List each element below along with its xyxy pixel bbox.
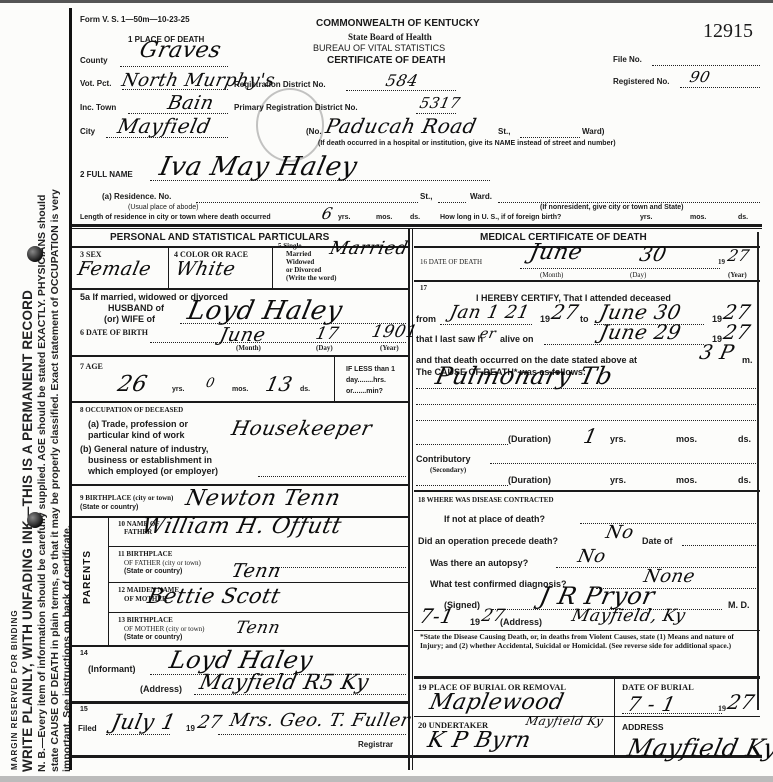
residence-line	[196, 202, 418, 203]
registrar-signature: Mrs. Geo. T. Fuller	[228, 710, 412, 731]
birthplace-value: Newton Tenn	[183, 486, 342, 511]
dob-year: 1901	[370, 322, 420, 342]
residence-ward-line	[438, 202, 466, 203]
marital-label-write: (Write the word)	[286, 274, 336, 282]
registration-district-value: 584	[384, 71, 420, 90]
cell-divider	[168, 247, 169, 289]
marital-label-widowed: Widowed	[286, 258, 314, 266]
cause-of-death-value: Pulmonary Tb	[433, 362, 615, 390]
title-certificate: CERTIFICATE OF DEATH	[327, 55, 446, 66]
row-divider	[72, 701, 408, 704]
row-divider	[414, 246, 760, 248]
occupation-a-label-2: particular kind of work	[88, 430, 185, 440]
less-min-label: or.......min?	[346, 388, 383, 395]
column-divider	[412, 229, 413, 770]
certificate-number: 12915	[703, 20, 753, 43]
row-divider	[108, 612, 408, 613]
registered-no-value: 90	[688, 68, 712, 86]
physician-address-label: (Address)	[500, 617, 542, 627]
row-divider	[108, 582, 408, 583]
registrar-stamp	[256, 88, 324, 162]
dob-label: 6 DATE OF BIRTH	[80, 328, 148, 337]
row-divider	[72, 401, 408, 403]
file-no-label: File No.	[613, 55, 642, 64]
title-commonwealth: COMMONWEALTH OF KENTUCKY	[316, 18, 480, 29]
less-than-day-label: IF LESS than 1	[346, 366, 395, 373]
punch-hole	[27, 512, 43, 528]
attended-from-line	[440, 324, 532, 325]
dob-line	[150, 342, 406, 343]
mother-birthplace-label-3: (State or country)	[124, 634, 182, 641]
attended-from-year: 27	[549, 300, 581, 324]
employer-line	[258, 476, 406, 477]
burial-year-value: 27	[725, 690, 757, 714]
date-of-death-month: June	[527, 240, 585, 265]
to-year-prefix: 19	[712, 314, 722, 324]
dob-day: 17	[314, 324, 341, 344]
age-years: 26	[115, 372, 149, 397]
ds-label: ds.	[410, 214, 420, 221]
date-of-death-line	[520, 268, 720, 269]
spouse-value: Loyd Haley	[185, 296, 345, 326]
md-label: M. D.	[728, 600, 750, 610]
registration-district-label: Registration District No.	[234, 80, 326, 89]
attended-to-label: to	[580, 314, 589, 324]
dod-month-caption: (Month)	[540, 271, 563, 279]
secondary-yrs-label: yrs.	[610, 475, 626, 485]
title-board: State Board of Health	[348, 32, 432, 42]
physician-address: Mayfield, Ky	[570, 606, 688, 626]
secondary-mos-label: mos.	[676, 475, 697, 485]
full-name-label: 2 FULL NAME	[80, 170, 133, 179]
death-certificate-page: MARGIN RESERVED FOR BINDING WRITE PLAINL…	[0, 0, 773, 782]
marital-label-single: 5 Single	[278, 242, 302, 250]
mother-birthplace-label: 13 BIRTHPLACE	[118, 616, 173, 624]
age-yrs-label: yrs.	[172, 386, 184, 393]
father-birthplace-label: 11 BIRTHPLACE	[118, 550, 172, 558]
parents-label: PARENTS	[82, 550, 93, 604]
margin-reserved-text: MARGIN RESERVED FOR BINDING	[10, 609, 19, 770]
day-caption: (Day)	[316, 344, 333, 352]
full-name-value: Iva May Haley	[157, 152, 360, 182]
section-divider	[72, 224, 762, 227]
informant-number: 14	[80, 650, 88, 657]
margin-instruction-line: state CAUSE OF DEATH in plain terms, so …	[49, 189, 61, 772]
punch-hole	[27, 246, 43, 262]
cause-line	[416, 404, 758, 405]
burial-date-line	[622, 713, 722, 714]
marital-label-divorced: or Divorced	[286, 266, 321, 274]
father-birthplace-line	[270, 567, 406, 568]
secondary-ds-label: ds.	[738, 475, 751, 485]
undertaker-location-note: Mayfield Ky	[525, 714, 605, 728]
attended-from-value: Jan 1 21	[448, 302, 532, 323]
duration-mos-label: mos.	[676, 434, 697, 444]
occupation-label: 8 OCCUPATION OF DECEASED	[80, 406, 183, 414]
last-saw-date: June 29	[597, 320, 683, 344]
secondary-duration-line	[416, 485, 508, 486]
cell-divider	[272, 247, 273, 289]
inc-town-label: Inc. Town	[80, 103, 116, 112]
attended-from-label: from	[416, 314, 436, 324]
husband-label: HUSBAND of	[108, 303, 164, 313]
county-value: Graves	[137, 38, 223, 63]
informant-address-value: Mayfield R5 Ky	[197, 670, 371, 694]
father-birthplace-value: Tenn	[230, 560, 284, 582]
us-ds-label: ds.	[738, 214, 748, 221]
where-contracted-label: 18 WHERE WAS DISEASE CONTRACTED	[418, 496, 554, 504]
operation-date-line	[682, 545, 758, 546]
duration-ds-label: ds.	[738, 434, 751, 444]
registration-district-line	[346, 90, 456, 91]
less-hrs-label: day........hrs.	[346, 377, 386, 384]
filed-date-value: July 1	[109, 710, 178, 734]
occupation-b-label-3: which employed (or employer)	[88, 466, 218, 476]
signed-year-prefix: 19	[470, 617, 480, 627]
operation-label: Did an operation precede death?	[418, 536, 558, 546]
operation-value: No	[604, 522, 636, 543]
last-saw-line	[544, 344, 704, 345]
certify-number: 17	[420, 284, 427, 292]
alive-on-label: alive on	[500, 334, 534, 344]
signed-date: 7-1	[417, 604, 456, 628]
informant-address-line	[194, 694, 406, 695]
section-divider	[72, 228, 762, 229]
undertaker-address-label: ADDRESS	[622, 722, 664, 732]
mos-label: mos.	[376, 214, 392, 221]
street-number-label: (No.	[306, 127, 322, 136]
vot-pct-label: Vot. Pct.	[80, 79, 111, 88]
occupation-b-label-2: business or establishment in	[88, 455, 212, 465]
ward-label: Ward)	[582, 127, 604, 136]
hospital-note: (If death occurred in a hospital or inst…	[318, 140, 616, 147]
age-days: 13	[263, 372, 295, 396]
date-of-death-label: 16 DATE OF DEATH	[420, 258, 482, 266]
death-time-value: 3 P	[697, 340, 736, 364]
sex-value: Female	[76, 258, 154, 280]
residence-ward-label: Ward.	[470, 192, 492, 201]
margin-instruction-heading: WRITE PLAINLY, WITH UNFADING INK—THIS IS…	[20, 290, 35, 772]
date-of-death-day: 30	[637, 242, 669, 266]
duration-yrs-label: yrs.	[610, 434, 626, 444]
not-at-place-label: If not at place of death?	[444, 514, 545, 524]
street-label: St.,	[498, 127, 510, 136]
filed-date-line	[106, 734, 170, 735]
row-divider	[414, 630, 760, 631]
contributory-line	[490, 463, 758, 464]
registered-no-label: Registered No.	[613, 77, 669, 86]
marital-label-married: Married	[286, 250, 311, 258]
registrar-label: Registrar	[358, 740, 393, 749]
year-caption: (Year)	[380, 344, 399, 352]
row-divider	[414, 676, 760, 679]
age-mos-label: mos.	[232, 386, 248, 393]
primary-registration-label: Primary Registration District No.	[234, 103, 358, 112]
filed-year-value: 27	[196, 712, 224, 733]
scan-top-edge	[0, 0, 773, 3]
cause-line	[416, 420, 758, 421]
nonresident-line	[498, 202, 760, 203]
operation-date-label: Date of	[642, 536, 673, 546]
occupation-value: Housekeeper	[229, 416, 374, 440]
dod-day-caption: (Day)	[630, 271, 646, 279]
form-right-border	[757, 232, 759, 710]
duration-label: (Duration)	[508, 434, 551, 444]
autopsy-value: No	[576, 546, 608, 567]
secondary-duration-label: (Duration)	[508, 475, 551, 485]
title-bureau: BUREAU OF VITAL STATISTICS	[313, 43, 445, 53]
row-divider	[414, 280, 760, 282]
contributory-label: Contributory	[416, 454, 471, 464]
city-label: City	[80, 127, 95, 136]
burial-place-value: Maplewood	[427, 690, 566, 715]
cause-instruction-note: *State the Disease Causing Death, or, in…	[420, 633, 756, 650]
birthplace-sub-label: (State or country)	[80, 504, 138, 511]
dod-year-caption: (Year)	[728, 271, 747, 279]
foreign-birth-label: How long in U. S., if of foreign birth?	[440, 214, 561, 221]
father-name-value: William H. Offutt	[139, 514, 344, 539]
secondary-label: (Secondary)	[430, 466, 466, 474]
last-saw-pronoun: er	[478, 326, 497, 342]
dob-month: June	[218, 324, 268, 346]
occupation-b-label: (b) General nature of industry,	[80, 444, 208, 454]
filed-label: Filed	[78, 724, 97, 733]
county-label: County	[80, 56, 108, 65]
row-divider	[414, 490, 760, 492]
informant-label: (Informant)	[88, 664, 136, 674]
primary-registration-value: 5317	[418, 94, 462, 112]
filed-number: 15	[80, 706, 88, 713]
birthplace-label: 9 BIRTHPLACE (city or town)	[80, 494, 173, 502]
occupation-a-label: (a) Trade, profession or	[88, 419, 188, 429]
last-saw-label: that I last saw h	[416, 334, 483, 344]
residence-label: (a) Residence. No.	[102, 192, 171, 201]
file-no-line	[652, 65, 760, 66]
scan-bottom-edge	[0, 776, 773, 782]
nonresident-note: (If nonresident, give city or town and S…	[540, 204, 684, 211]
row-divider	[108, 546, 408, 547]
race-value: White	[174, 258, 238, 280]
marital-value: Married	[328, 238, 410, 259]
street-value: Paducah Road	[323, 114, 478, 138]
date-of-death-year: 27	[726, 246, 751, 265]
ward-line	[520, 137, 580, 138]
autopsy-label: Was there an autopsy?	[430, 558, 528, 568]
us-yrs-label: yrs.	[640, 214, 652, 221]
age-ds-label: ds.	[300, 386, 310, 393]
father-birthplace-label-3: (State or country)	[124, 568, 182, 575]
row-divider	[72, 288, 408, 290]
length-of-residence-label: Length of residence in city or town wher…	[80, 214, 271, 221]
filed-year-prefix: 19	[186, 724, 195, 733]
residence-st-label: St.,	[420, 192, 432, 201]
row-divider	[72, 355, 408, 357]
father-birthplace-label-2: OF FATHER (city or town)	[124, 559, 201, 567]
informant-address-label: (Address)	[140, 684, 182, 694]
column-divider	[408, 229, 410, 770]
mother-birthplace-label-2: OF MOTHER (city or town)	[124, 625, 205, 633]
from-year-prefix: 19	[540, 314, 550, 324]
undertaker-value: K P Byrn	[425, 728, 533, 753]
city-value: Mayfield	[115, 114, 213, 138]
date-of-death-year-prefix: 19	[718, 258, 725, 266]
parents-divider	[108, 517, 109, 645]
registered-no-line	[680, 87, 760, 88]
death-time-meridiem: m.	[742, 355, 753, 365]
age-label: 7 AGE	[80, 362, 103, 371]
mother-name-value: Bettie Scott	[145, 584, 282, 608]
mother-birthplace-value: Tenn	[234, 618, 282, 638]
margin-instruction-line: N. B.—Every item of information should b…	[36, 195, 48, 772]
wife-label: (or) WIFE of	[104, 314, 155, 324]
us-mos-label: mos.	[690, 214, 706, 221]
cell-divider	[614, 678, 615, 756]
county-line	[120, 66, 228, 67]
registrar-line	[218, 734, 406, 735]
month-caption: (Month)	[236, 344, 261, 352]
abode-note: (Usual place of abode)	[128, 204, 198, 211]
burial-date-label: DATE OF BURIAL	[622, 682, 694, 692]
cell-divider	[334, 356, 335, 402]
inc-town-value: Bain	[166, 92, 216, 114]
form-number: Form V. S. 1—50m—10-23-25	[80, 15, 190, 24]
yrs-label: yrs.	[338, 214, 350, 221]
duration-line	[416, 444, 508, 445]
binding-margin: MARGIN RESERVED FOR BINDING WRITE PLAINL…	[0, 0, 68, 782]
undertaker-address-value: Mayfield Ky	[625, 734, 773, 762]
